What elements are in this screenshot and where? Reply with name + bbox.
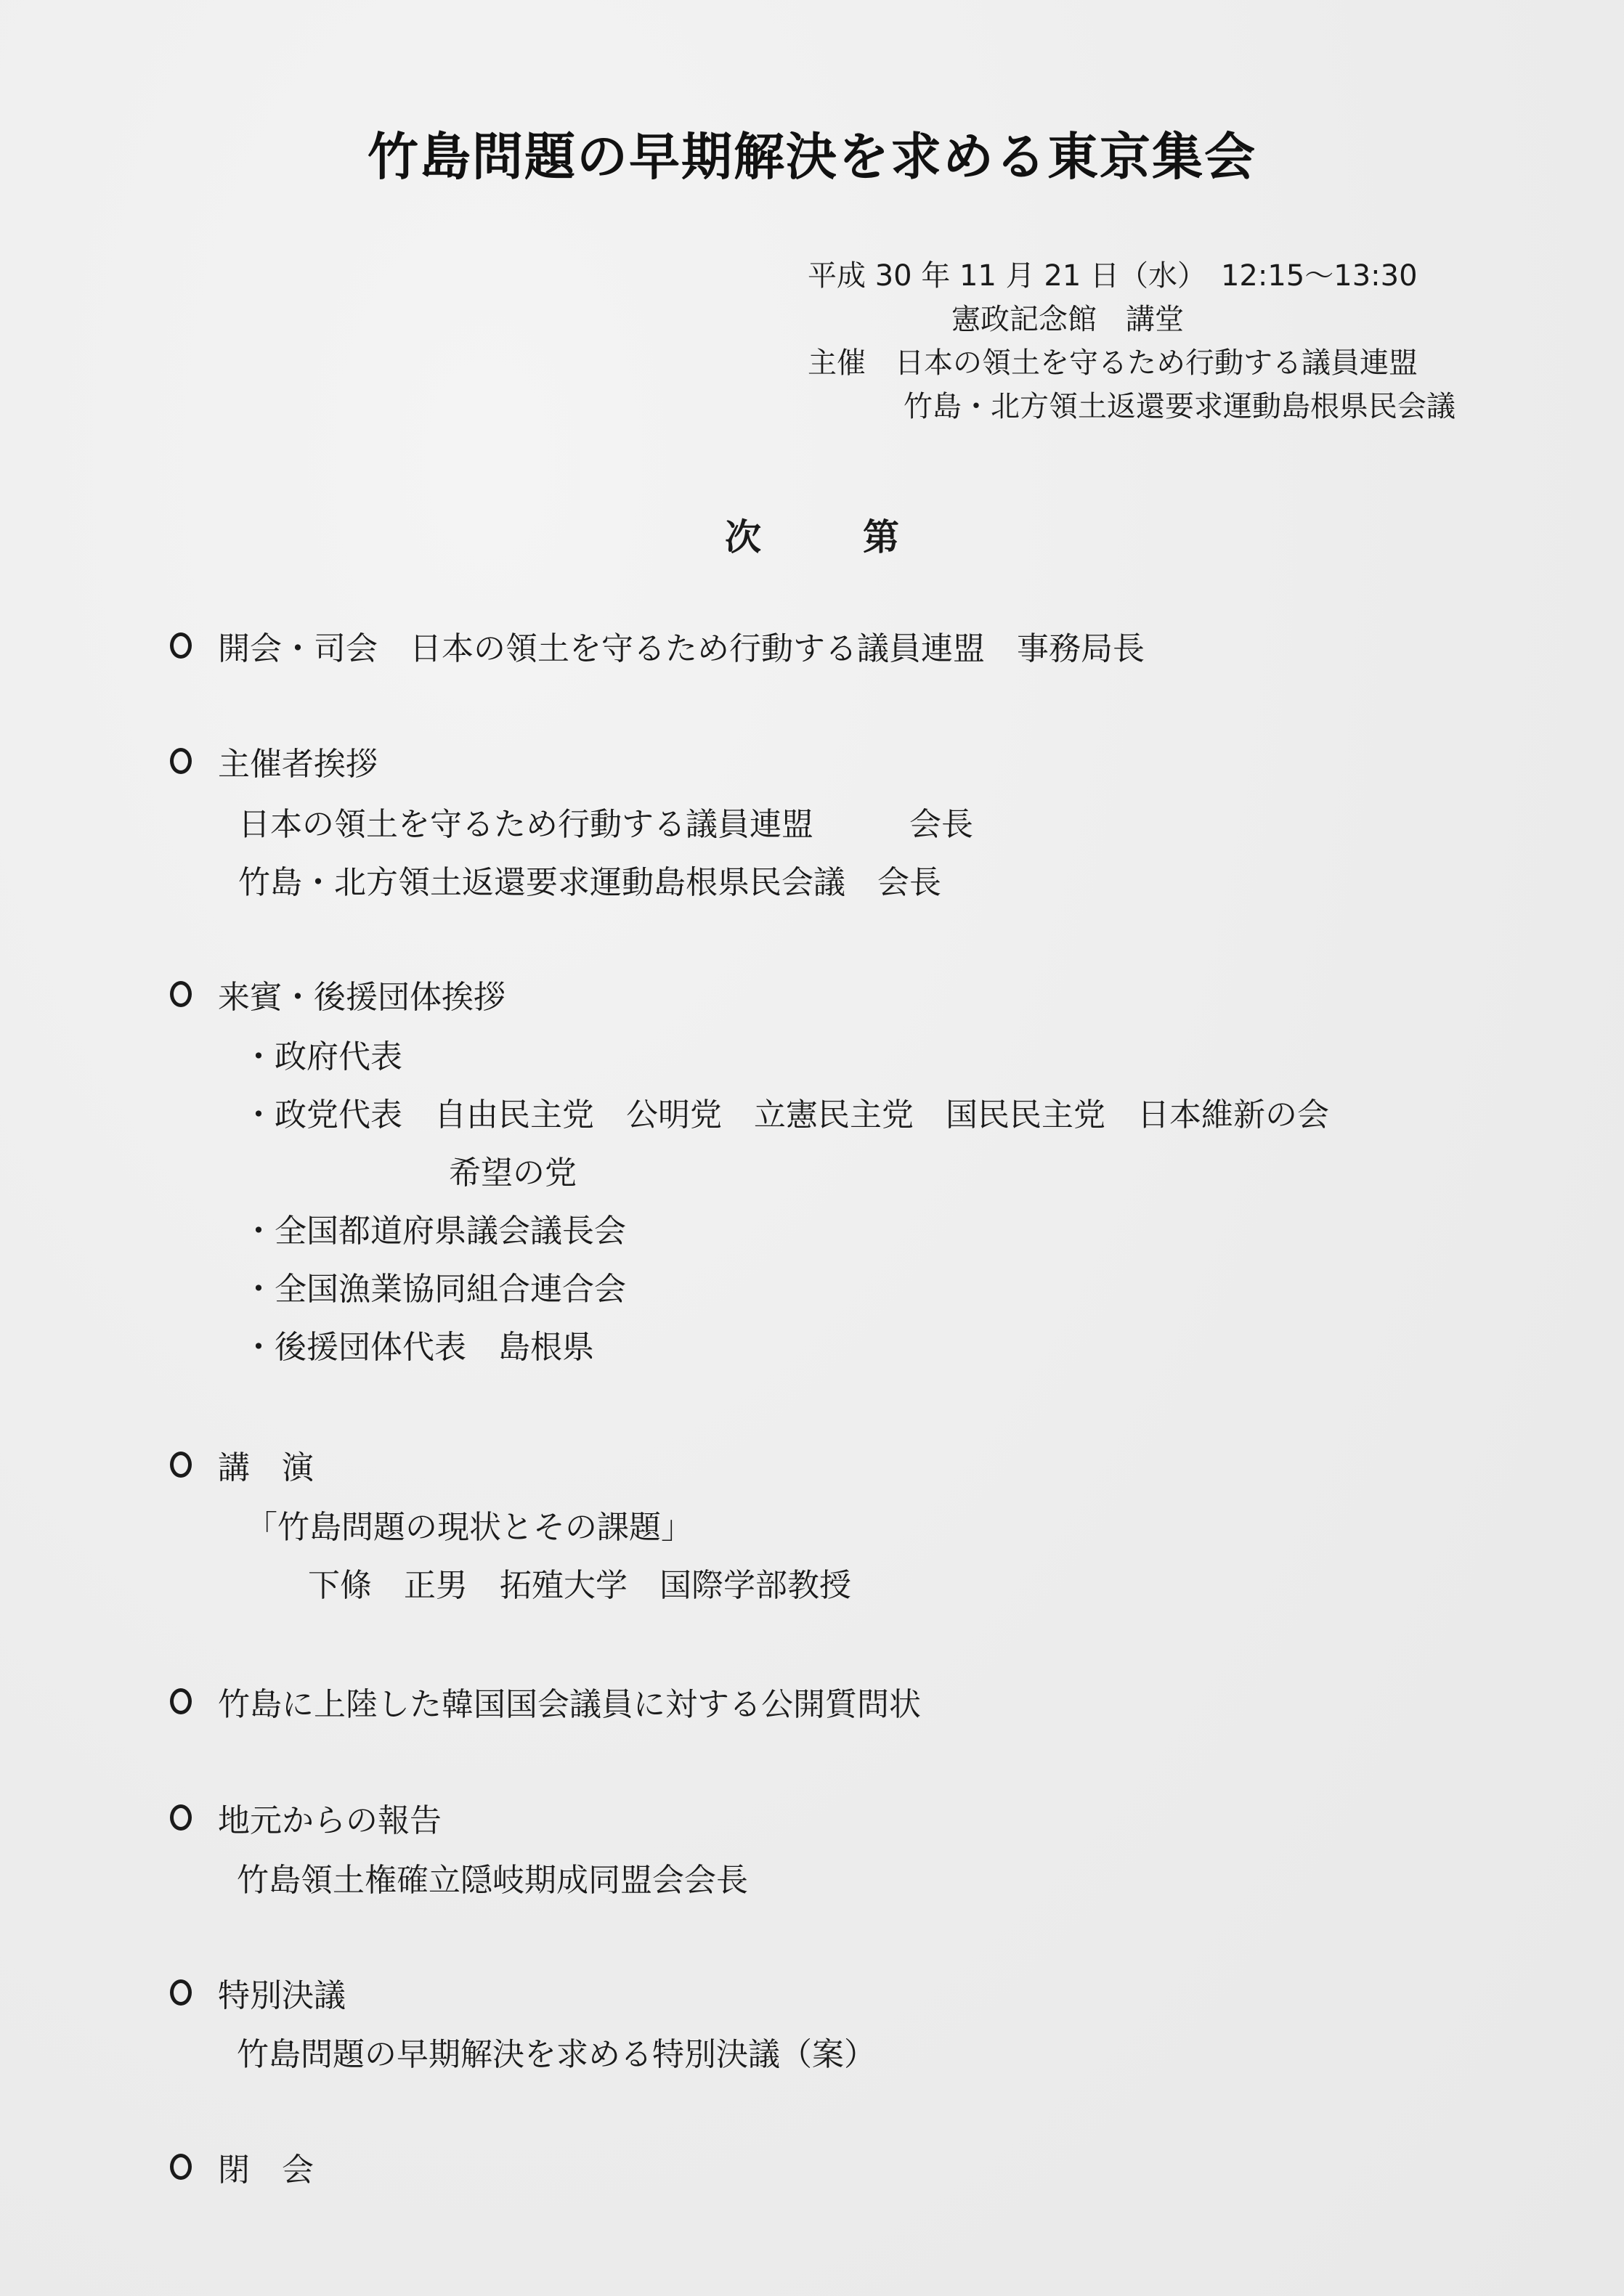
program-detail: ・後援団体代表 島根県 <box>243 1327 594 1368</box>
bullet-circle-icon <box>170 632 192 659</box>
program-detail: 「竹島問題の現状とその課題」 <box>245 1507 693 1548</box>
program-heading: 次第 <box>0 508 1624 561</box>
event-datetime: 平成 30 年 11 月 21 日（水） 12:15〜13:30 <box>808 254 1455 298</box>
program-item-guest-greeting: 来賓・後援団体挨拶 <box>218 977 506 1018</box>
program-detail: 竹島問題の早期解決を求める特別決議（案） <box>237 2035 876 2075</box>
program-item-lecture: 講 演 <box>218 1448 314 1489</box>
bullet-circle-icon <box>170 1452 192 1478</box>
program-detail: 日本の領土を守るため行動する議員連盟 会長 <box>238 805 973 845</box>
program-detail: ・全国都道府県議会議長会 <box>243 1211 626 1252</box>
organizer-row-1: 主催 日本の領土を守るため行動する議員連盟 <box>808 341 1455 385</box>
bullet-circle-icon <box>170 1804 192 1831</box>
document-page: 竹島問題の早期解決を求める東京集会 平成 30 年 11 月 21 日（水） 1… <box>0 0 1624 2296</box>
program-heading-char-2: 第 <box>863 516 899 558</box>
program-item-resolution: 特別決議 <box>218 1976 346 2016</box>
program-item-host-greeting: 主催者挨拶 <box>218 744 378 785</box>
program-detail: ・全国漁業協同組合連合会 <box>243 1269 626 1310</box>
bullet-circle-icon <box>170 2154 192 2180</box>
bullet-circle-icon <box>170 748 192 774</box>
program-item-closing: 閉 会 <box>218 2150 314 2191</box>
document-title: 竹島問題の早期解決を求める東京集会 <box>0 116 1624 190</box>
event-venue: 憲政記念館 講堂 <box>808 298 1455 341</box>
program-detail: 竹島・北方領土返還要求運動島根県民会議 会長 <box>238 863 941 903</box>
program-detail: ・政府代表 <box>243 1037 402 1078</box>
program-item-open-letter: 竹島に上陸した韓国国会議員に対する公開質問状 <box>218 1685 921 1725</box>
organizer-2: 竹島・北方領土返還要求運動島根県民会議 <box>808 385 1455 428</box>
bullet-circle-icon <box>170 1688 192 1714</box>
bullet-circle-icon <box>170 981 192 1007</box>
program-detail: 希望の党 <box>449 1153 577 1194</box>
program-detail: ・政党代表 自由民主党 公明党 立憲民主党 国民民主党 日本維新の会 <box>243 1095 1329 1136</box>
program-item-opening: 開会・司会 日本の領土を守るため行動する議員連盟 事務局長 <box>218 629 1145 669</box>
program-detail: 下條 正男 拓殖大学 国際学部教授 <box>308 1566 851 1606</box>
bullet-circle-icon <box>170 1979 192 2006</box>
event-meta: 平成 30 年 11 月 21 日（水） 12:15〜13:30 憲政記念館 講… <box>808 254 1455 428</box>
organizers-label: 主催 <box>808 346 866 380</box>
organizer-1: 日本の領土を守るため行動する議員連盟 <box>895 346 1418 380</box>
program-detail: 竹島領土権確立隠岐期成同盟会会長 <box>237 1860 748 1901</box>
program-heading-char-1: 次 <box>725 516 761 558</box>
program-item-local-report: 地元からの報告 <box>218 1801 442 1841</box>
